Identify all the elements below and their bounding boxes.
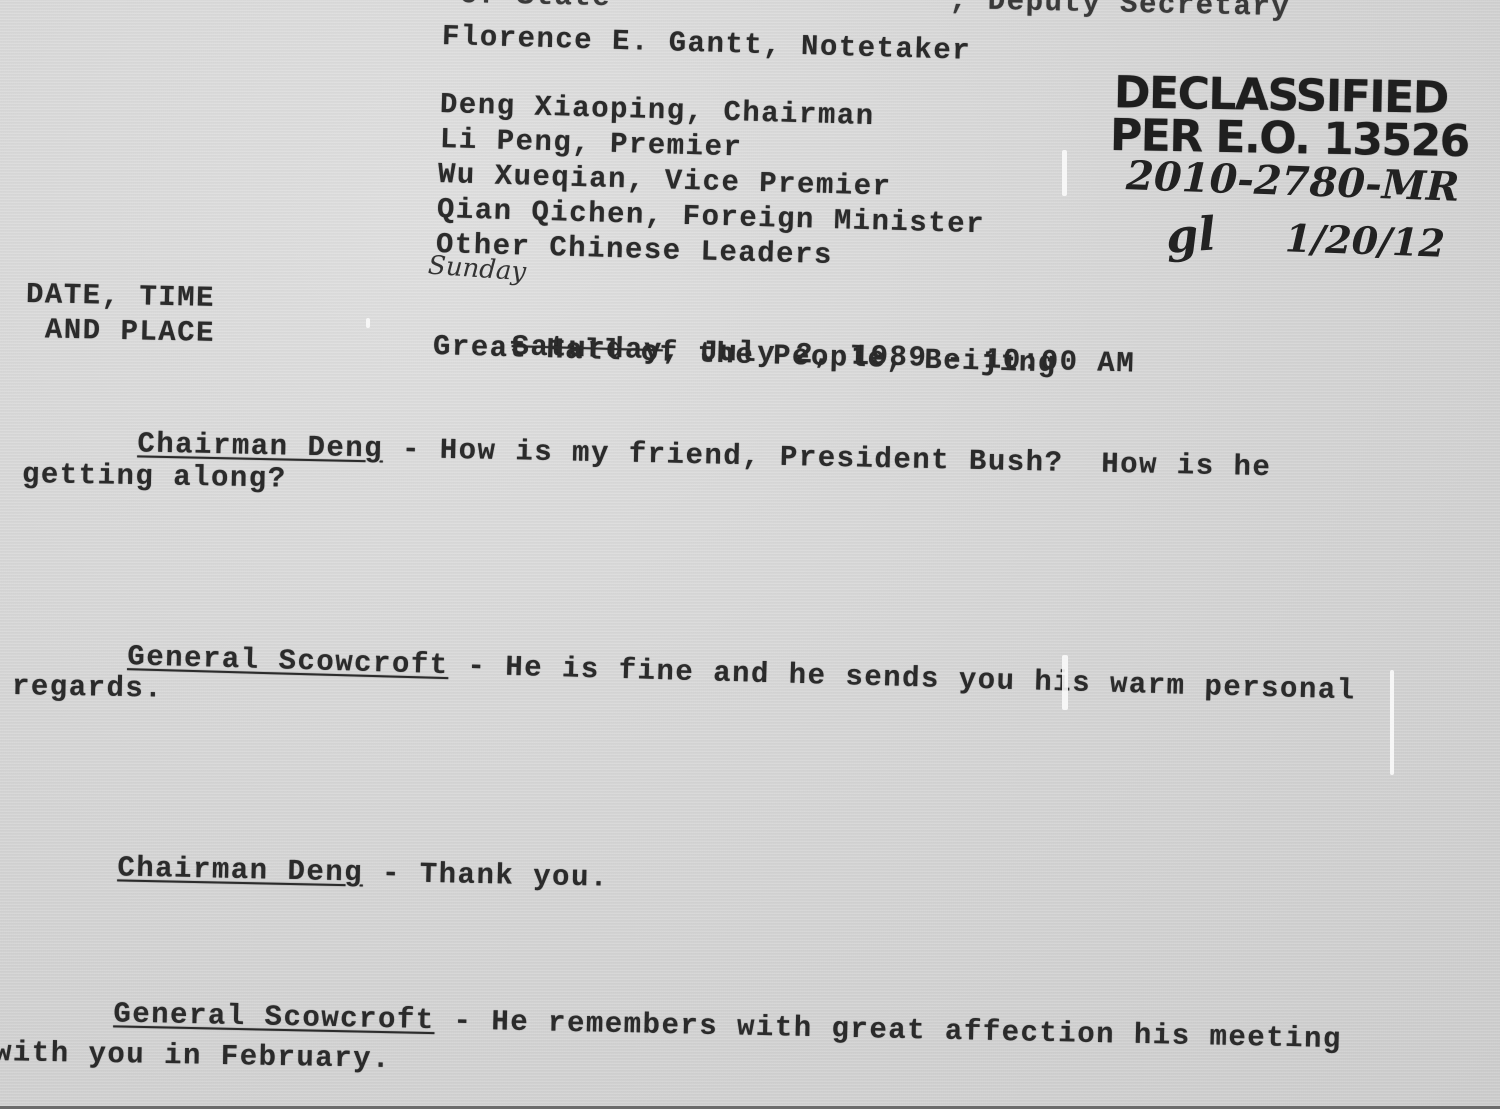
speaker-name: General Scowcroft xyxy=(127,640,449,682)
dialogue-text: - He remembers with great affection his … xyxy=(434,1004,1342,1056)
participant-item: Li Peng, Premier xyxy=(440,123,743,164)
dialogue-continuation: with you in February. xyxy=(0,1036,391,1076)
dialogue-text: - He is fine and he sends you his warm p… xyxy=(448,649,1356,707)
date-time-label: DATE, TIME xyxy=(26,278,216,315)
header-partial-left: of State xyxy=(460,0,612,14)
scan-scratch xyxy=(1390,670,1394,775)
dialogue-line: Chairman Deng - Thank you. xyxy=(3,816,610,928)
scan-scratch xyxy=(366,318,370,328)
dialogue-text: - How is my friend, President Bush? How … xyxy=(383,433,1272,485)
scan-scratch xyxy=(1062,150,1067,196)
dialogue-continuation: getting along? xyxy=(22,458,287,496)
speaker-name: Chairman Deng xyxy=(117,851,363,889)
header-partial-right: , Deputy Secretary xyxy=(950,0,1291,24)
scan-scratch xyxy=(1062,655,1068,710)
participant-notetaker: Florence E. Gantt, Notetaker xyxy=(442,20,972,68)
scanned-memo-page: of State , Deputy Secretary Florence E. … xyxy=(0,0,1500,1109)
place-label: AND PLACE xyxy=(26,313,216,350)
dialogue-continuation: regards. xyxy=(12,670,164,706)
stamp-date: 1/20/12 xyxy=(1284,215,1445,266)
speaker-name: General Scowcroft xyxy=(113,997,435,1037)
dialogue-text: - Thank you. xyxy=(363,857,609,895)
dialogue-line: General Scowcroft - He is fine and he se… xyxy=(13,604,1357,740)
handwritten-day-correction: Sunday xyxy=(427,251,527,288)
stamp-initials: gl xyxy=(1164,206,1217,263)
